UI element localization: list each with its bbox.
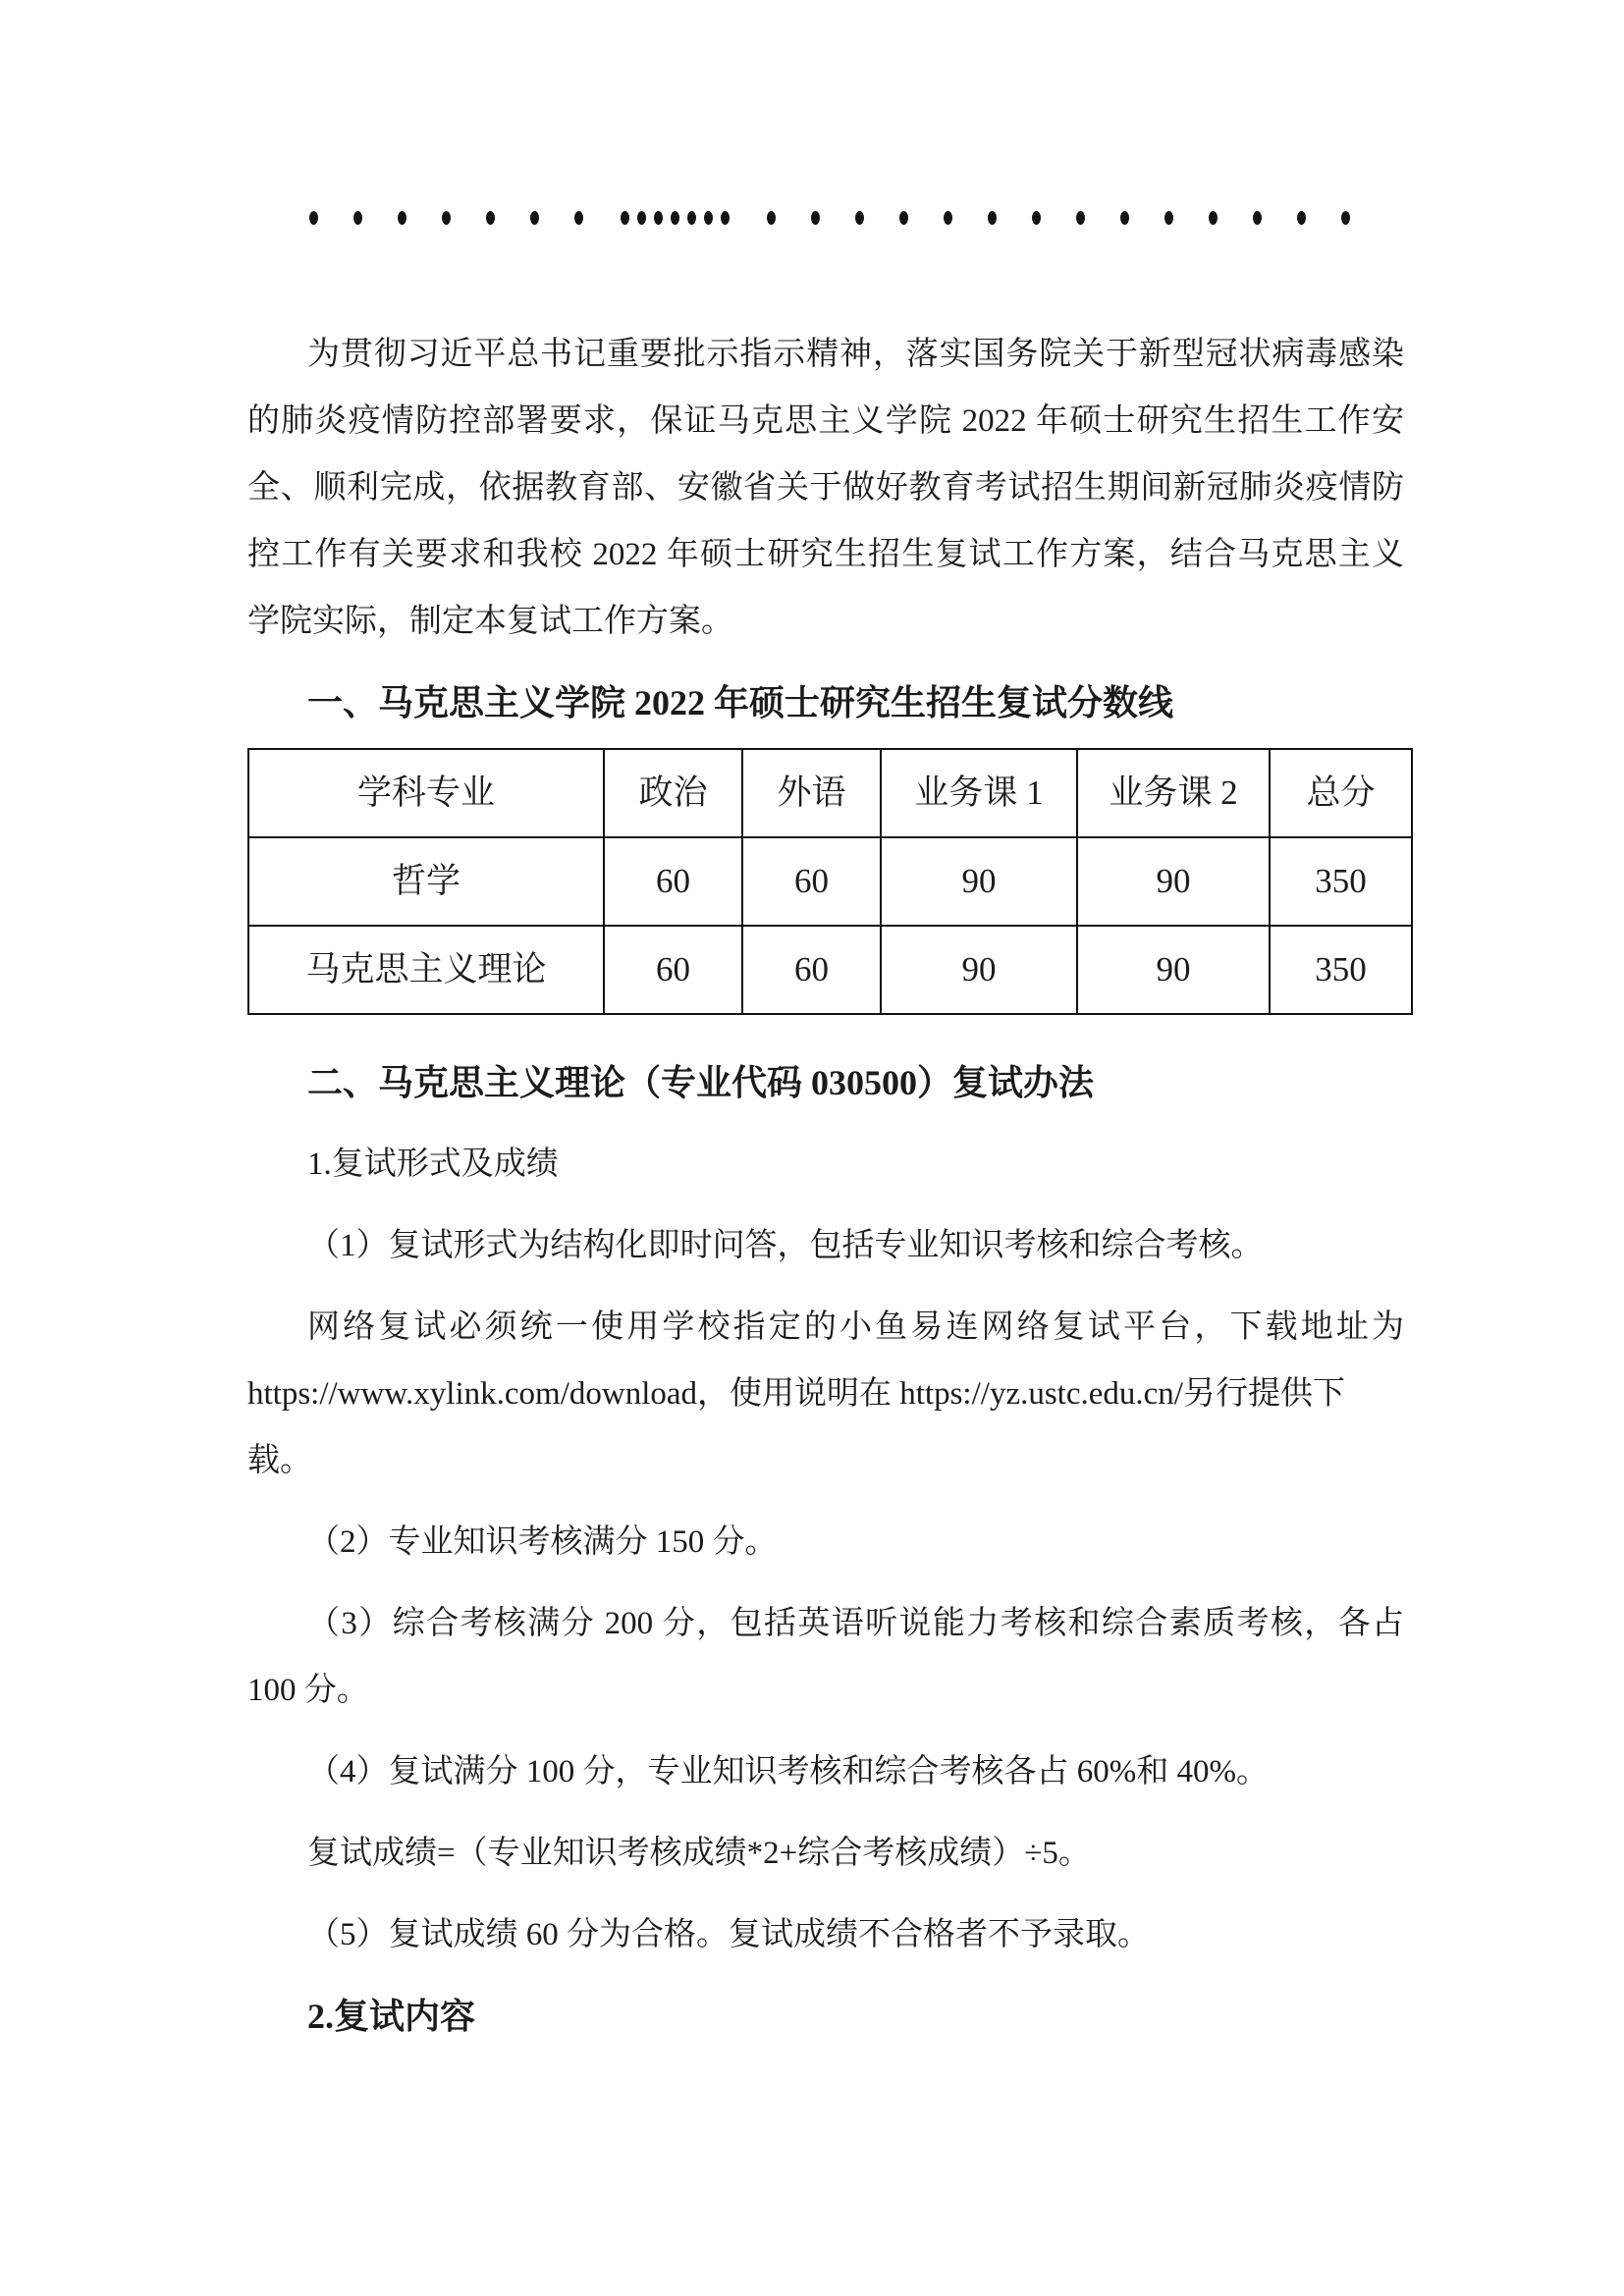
intro-line: 控工作有关要求和我校 2022 年硕士研究生招生复试工作方案，结合马克思主义 — [247, 521, 1404, 588]
dot-icon — [574, 211, 583, 225]
paragraph-line: 载。 — [247, 1427, 1404, 1494]
section-2-heading: 二、马克思主义理论（专业代码 030500）复试办法 — [247, 1049, 1404, 1116]
data-cell: 350 — [1270, 837, 1412, 926]
data-cell: 350 — [1270, 926, 1412, 1014]
dot-icon — [1297, 211, 1306, 225]
data-cell: 60 — [742, 926, 881, 1014]
data-cell: 60 — [742, 837, 881, 926]
header-cell-subject: 学科专业 — [248, 749, 604, 837]
header-cell-course-2: 业务课 2 — [1077, 749, 1270, 837]
table-header-row: 学科专业 政治 外语 业务课 1 业务课 2 总分 — [248, 749, 1412, 837]
paragraph-5: （4）复试满分 100 分，专业知识考核和综合考核各占 60%和 40%。 — [247, 1738, 1404, 1805]
dot-icon — [353, 211, 362, 225]
data-cell-subject: 马克思主义理论 — [248, 926, 604, 1014]
data-cell: 90 — [1077, 837, 1270, 926]
table-row: 哲学 60 60 90 90 350 — [248, 837, 1412, 926]
header-cell-politics: 政治 — [604, 749, 742, 837]
paragraph-line: （4）复试满分 100 分，专业知识考核和综合考核各占 60%和 40%。 — [247, 1738, 1404, 1805]
dot-icon — [530, 211, 539, 225]
header-cell-total: 总分 — [1270, 749, 1412, 837]
subitem-2-title: 2.复试内容 — [247, 1983, 1404, 2050]
data-cell-subject: 哲学 — [248, 837, 604, 926]
data-cell: 60 — [604, 837, 742, 926]
dot-icon — [1209, 211, 1218, 225]
intro-line: 学院实际，制定本复试工作方案。 — [247, 588, 1404, 655]
paragraph-4: （3）综合考核满分 200 分，包括英语听说能力考核和综合素质考核，各占 100… — [247, 1590, 1404, 1724]
document-content: 为贯彻习近平总书记重要批示指示精神，落实国务院关于新型冠状病毒感染 的肺炎疫情防… — [247, 321, 1404, 2064]
dot-icon — [1076, 211, 1085, 225]
paragraph-6: 复试成绩=（专业知识考核成绩*2+综合考核成绩）÷5。 — [247, 1820, 1404, 1887]
dot-icon — [687, 211, 696, 225]
paragraph-2: 网络复试必须统一使用学校指定的小鱼易连网络复试平台，下载地址为 https://… — [247, 1294, 1404, 1494]
dot-group — [767, 211, 1350, 225]
subitem-1-title: 1.复试形式及成绩 — [247, 1131, 1404, 1198]
dot-icon — [767, 211, 776, 225]
paragraph-line: （3）综合考核满分 200 分，包括英语听说能力考核和综合素质考核，各占 — [247, 1590, 1404, 1657]
intro-line: 的肺炎疫情防控部署要求，保证马克思主义学院 2022 年硕士研究生招生工作安 — [247, 388, 1404, 454]
paragraph-line: （5）复试成绩 60 分为合格。复试成绩不合格者不予录取。 — [247, 1901, 1404, 1968]
dot-group — [621, 211, 730, 225]
dot-icon — [309, 211, 318, 225]
dot-group — [309, 211, 583, 225]
dot-icon — [442, 211, 451, 225]
dot-icon — [811, 211, 820, 225]
dotted-separator — [309, 211, 1350, 225]
dot-icon — [1120, 211, 1129, 225]
intro-line: 全、顺利完成，依据教育部、安徽省关于做好教育考试招生期间新冠肺炎疫情防 — [247, 454, 1404, 521]
data-cell: 90 — [881, 926, 1077, 1014]
data-cell: 90 — [1077, 926, 1270, 1014]
dot-icon — [486, 211, 495, 225]
paragraph-7: （5）复试成绩 60 分为合格。复试成绩不合格者不予录取。 — [247, 1901, 1404, 1968]
score-table: 学科专业 政治 外语 业务课 1 业务课 2 总分 哲学 60 60 90 90… — [247, 748, 1413, 1015]
data-cell: 60 — [604, 926, 742, 1014]
paragraph-3: （2）专业知识考核满分 150 分。 — [247, 1509, 1404, 1575]
data-cell: 90 — [881, 837, 1077, 926]
dot-icon — [721, 211, 730, 225]
dot-icon — [1253, 211, 1262, 225]
table-row: 马克思主义理论 60 60 90 90 350 — [248, 926, 1412, 1014]
formula-line: 复试成绩=（专业知识考核成绩*2+综合考核成绩）÷5。 — [247, 1820, 1404, 1887]
dot-icon — [855, 211, 864, 225]
header-cell-course-1: 业务课 1 — [881, 749, 1077, 837]
dot-icon — [899, 211, 908, 225]
dot-icon — [1032, 211, 1041, 225]
dot-icon — [621, 211, 629, 225]
dot-icon — [704, 211, 713, 225]
paragraph-line: （2）专业知识考核满分 150 分。 — [247, 1509, 1404, 1575]
url-line: https://www.xylink.com/download，使用说明在 ht… — [247, 1361, 1404, 1427]
intro-line: 为贯彻习近平总书记重要批示指示精神，落实国务院关于新型冠状病毒感染 — [247, 321, 1404, 388]
dot-icon — [637, 211, 646, 225]
dot-icon — [654, 211, 663, 225]
dot-icon — [988, 211, 997, 225]
dot-icon — [671, 211, 679, 225]
dot-icon — [1341, 211, 1350, 225]
paragraph-1: （1）复试形式为结构化即时问答，包括专业知识考核和综合考核。 — [247, 1212, 1404, 1279]
section-1-heading: 一、马克思主义学院 2022 年硕士研究生招生复试分数线 — [247, 669, 1404, 736]
document-page: 为贯彻习近平总书记重要批示指示精神，落实国务院关于新型冠状病毒感染 的肺炎疫情防… — [0, 0, 1624, 2296]
paragraph-line: （1）复试形式为结构化即时问答，包括专业知识考核和综合考核。 — [247, 1212, 1404, 1279]
dot-icon — [944, 211, 952, 225]
intro-paragraph: 为贯彻习近平总书记重要批示指示精神，落实国务院关于新型冠状病毒感染 的肺炎疫情防… — [247, 321, 1404, 655]
paragraph-line: 100 分。 — [247, 1657, 1404, 1724]
dot-icon — [1164, 211, 1173, 225]
header-cell-foreign-language: 外语 — [742, 749, 881, 837]
dot-icon — [398, 211, 406, 225]
paragraph-line: 网络复试必须统一使用学校指定的小鱼易连网络复试平台，下载地址为 — [247, 1294, 1404, 1361]
